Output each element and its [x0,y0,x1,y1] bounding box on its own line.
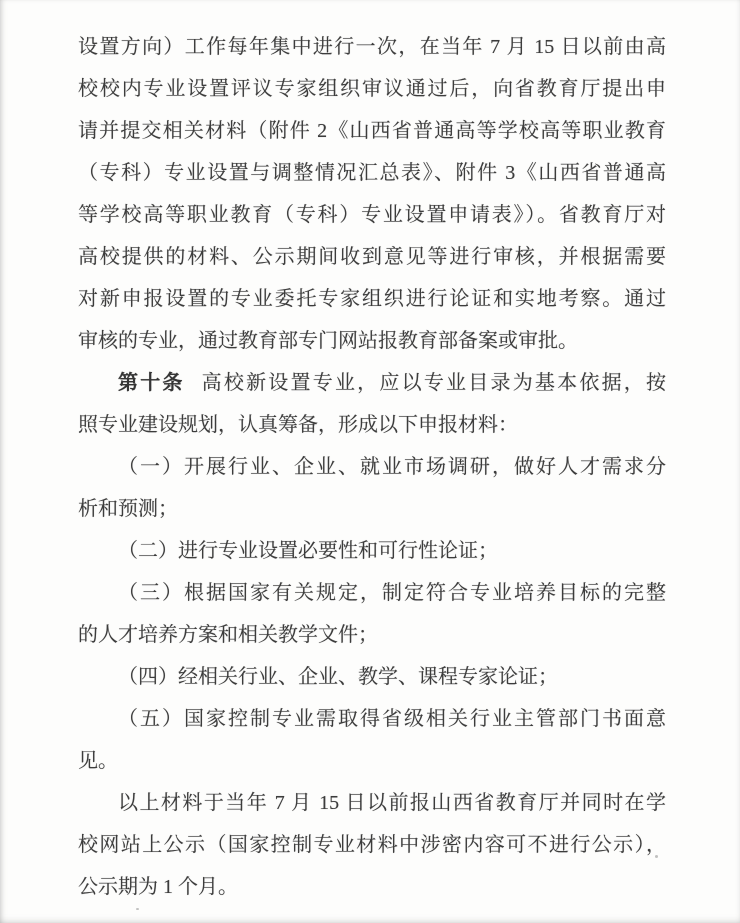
document-content: 设置方向）工作每年集中进行一次，在当年 7 月 15 日以前由高 校校内专业设置… [78,26,666,908]
article-number-bold: 第十条 [118,372,185,394]
text-line: 校校内专业设置评议专家组织审议通过后，向省教育厅提出申 [78,68,666,110]
document-page: 设置方向）工作每年集中进行一次，在当年 7 月 15 日以前由高 校校内专业设置… [0,0,740,923]
article-heading-text: 高校新设置专业，应以专业目录为基本依据，按 [202,372,666,394]
text-line: 校网站上公示（国家控制专业材料中涉密内容可不进行公示）， [78,824,666,866]
scan-speck [655,855,658,858]
text-line: 的人才培养方案和相关教学文件； [78,614,666,656]
text-line: 见。 [78,740,666,782]
text-line: （五）国家控制专业需取得省级相关行业主管部门书面意 [78,698,666,740]
text-line: 照专业建设规划，认真筹备，形成以下申报材料： [78,404,666,446]
text-line: 设置方向）工作每年集中进行一次，在当年 7 月 15 日以前由高 [78,26,666,68]
text-line: （四）经相关行业、企业、教学、课程专家论证； [78,656,666,698]
text-line: （二）进行专业设置必要性和可行性论证； [78,530,666,572]
text-line: 公示期为 1 个月。 [78,866,666,908]
text-line: （三）根据国家有关规定，制定符合专业培养目标的完整 [78,572,666,614]
text-line: （专科）专业设置与调整情况汇总表》、附件 3《山西省普通高 [78,152,666,194]
text-line: 以上材料于当年 7 月 15 日以前报山西省教育厅并同时在学 [78,782,666,824]
text-line: 高校提供的材料、公示期间收到意见等进行审核，并根据需要 [78,236,666,278]
text-line: 请并提交相关材料（附件 2《山西省普通高等学校高等职业教育 [78,110,666,152]
article-10-heading-line: 第十条高校新设置专业，应以专业目录为基本依据，按 [78,362,666,404]
text-line: 析和预测； [78,488,666,530]
text-line: 审核的专业，通过教育部专门网站报教育部备案或审批。 [78,320,666,362]
text-line: 等学校高等职业教育（专科）专业设置申请表》）。省教育厅对 [78,194,666,236]
scan-speck [136,908,139,910]
text-line: 对新申报设置的专业委托专家组织进行论证和实地考察。通过 [78,278,666,320]
text-line: （一）开展行业、企业、就业市场调研，做好人才需求分 [78,446,666,488]
